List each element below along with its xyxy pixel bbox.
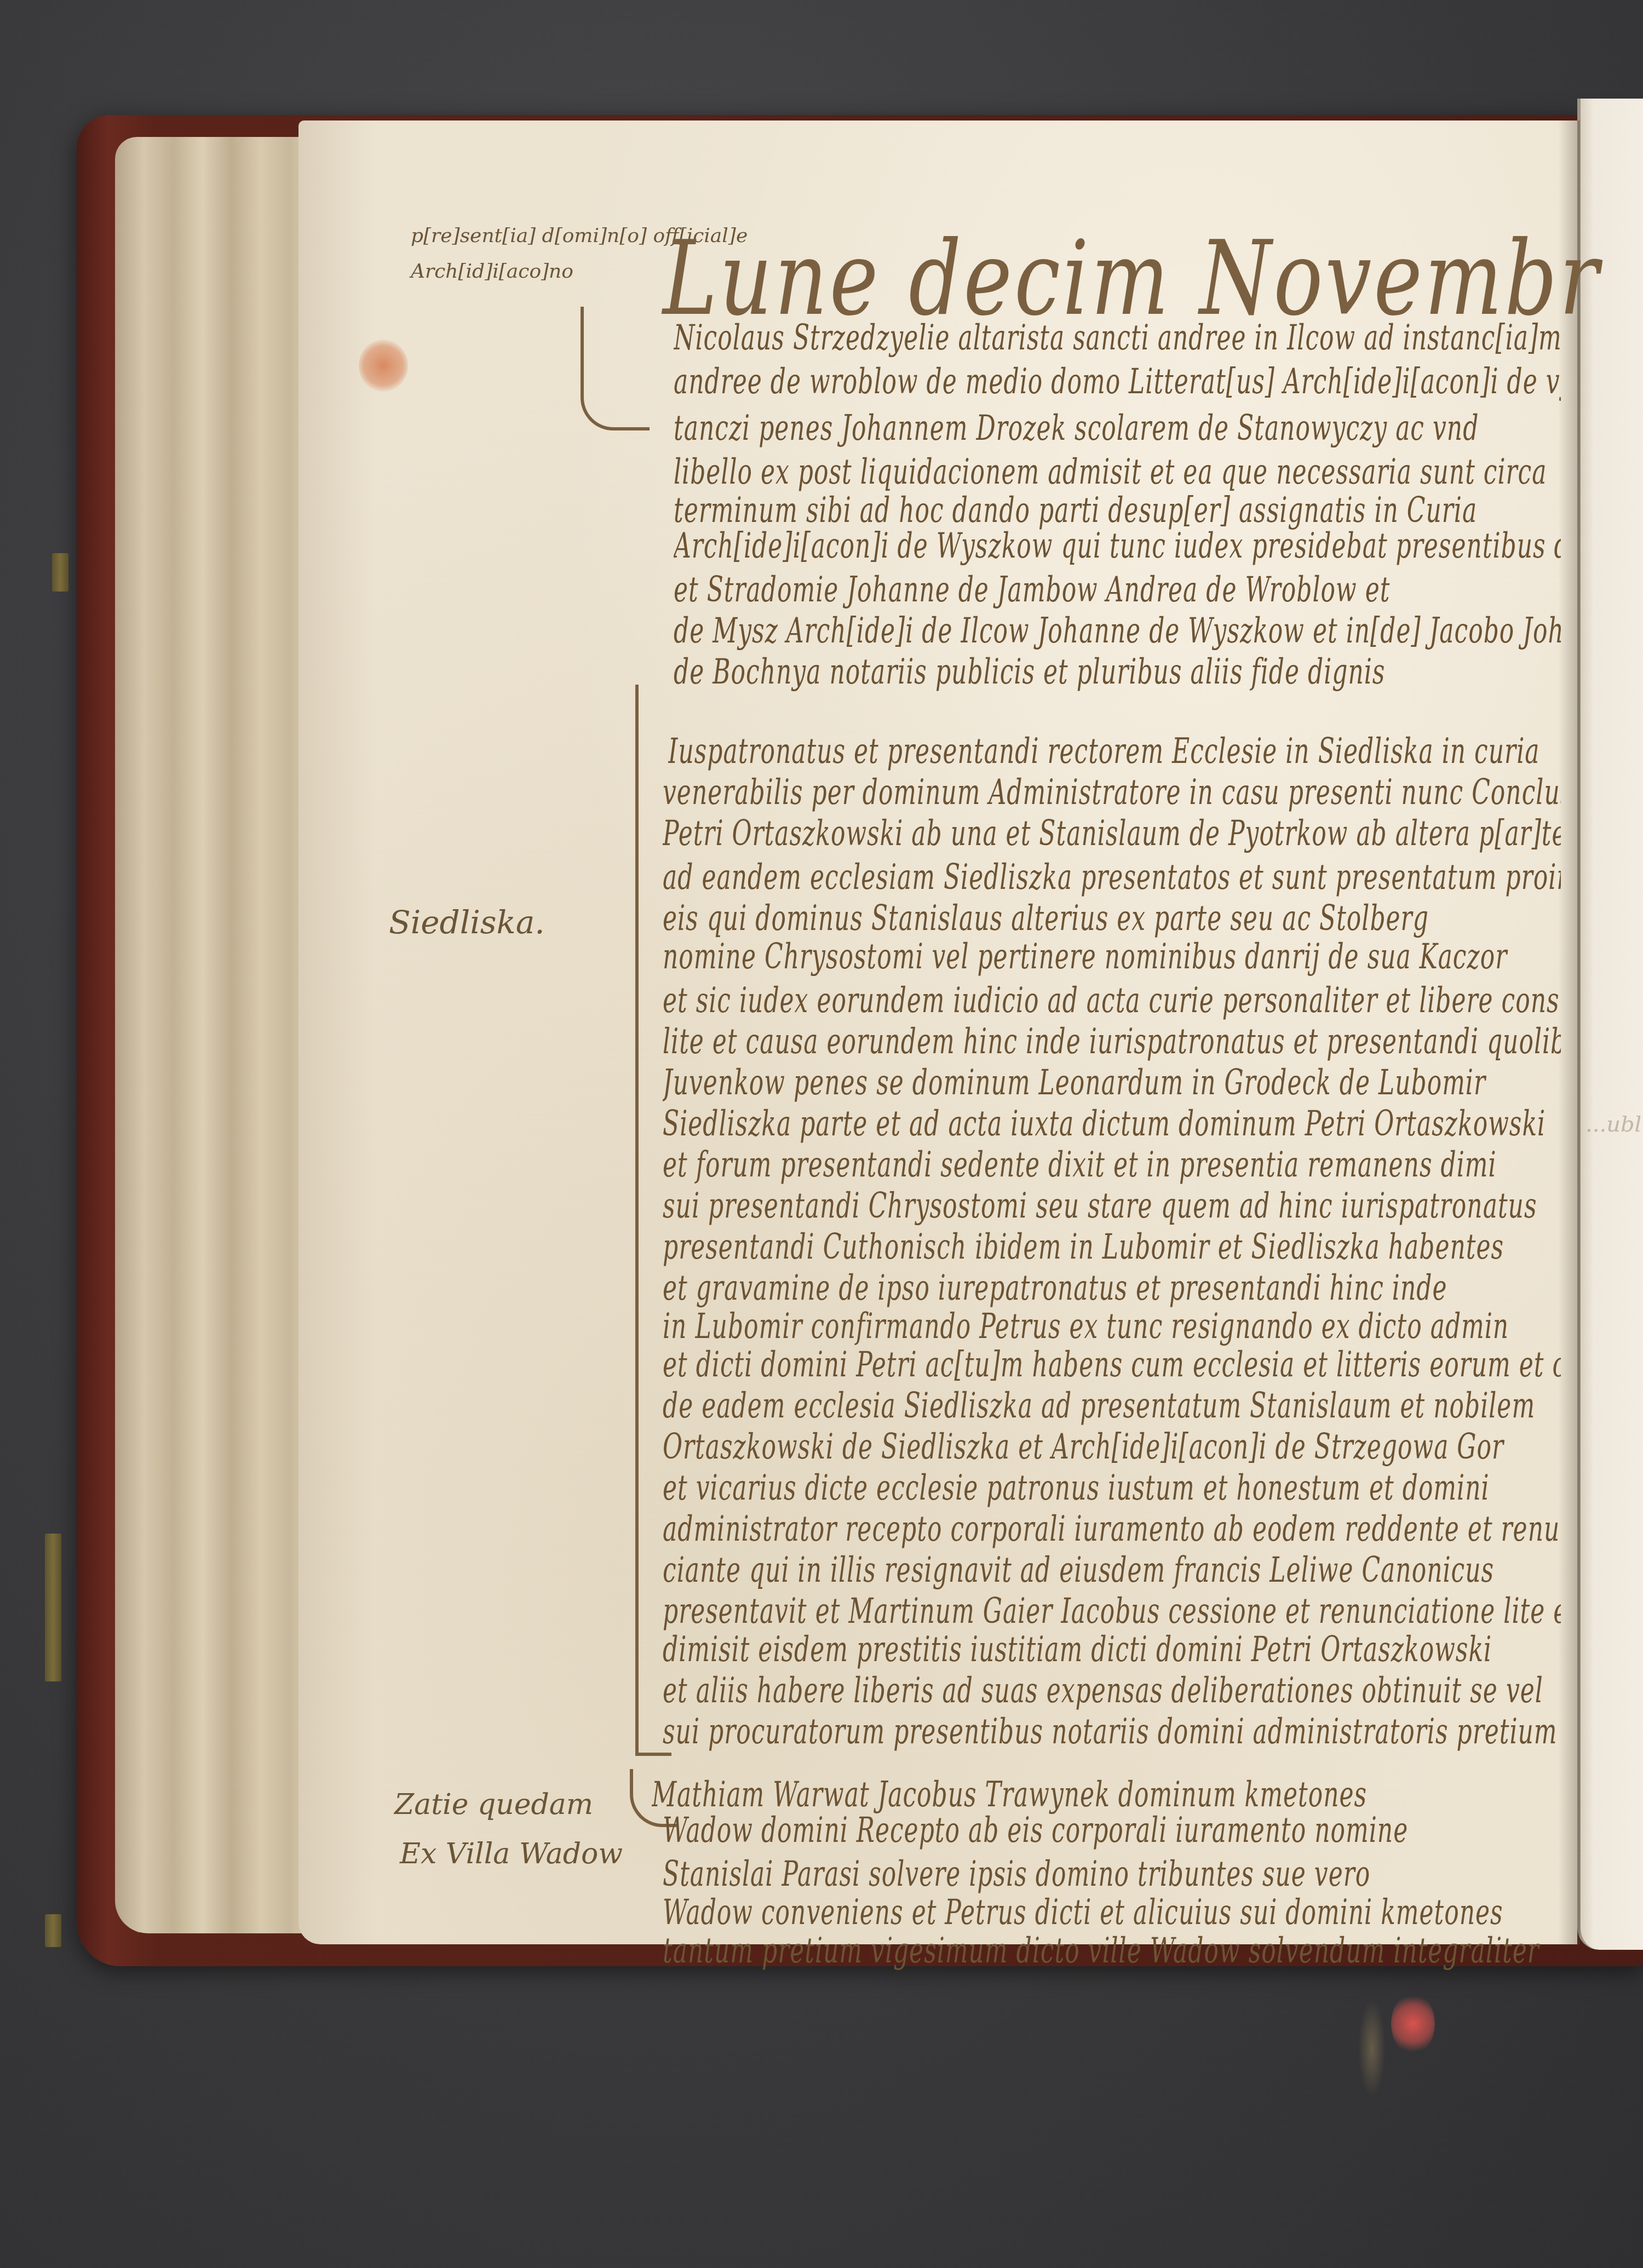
paragraph-mark-1: [581, 307, 650, 430]
brown-water-stain: [1358, 1999, 1386, 2098]
text-line: et dicti domini Petri ac[tu]m habens cum…: [663, 1345, 1561, 1385]
red-seal-stain: [1391, 1994, 1435, 2054]
text-line: et forum presentandi sedente dixit et in…: [663, 1145, 1561, 1185]
text-line: libello ex post liquidacionem admisit et…: [674, 452, 1561, 492]
top-margin-note-line-2: Arch[id]i[aco]no: [411, 260, 573, 283]
text-line: Petri Ortaszkowski ab una et Stanislaum …: [663, 813, 1561, 854]
text-line: tantum pretium vigesimum dicto ville Wad…: [663, 1931, 1561, 1971]
text-line: Arch[ide]i[acon]i de Wyszkow qui tunc iu…: [674, 526, 1561, 566]
text-line: in Lubomir confirmando Petrus ex tunc re…: [663, 1306, 1561, 1347]
text-line: de Mysz Arch[ide]i de Ilcow Johanne de W…: [674, 611, 1561, 651]
brass-clasp-lower: [45, 1534, 61, 1681]
text-line: de eadem ecclesia Siedliszka ad presenta…: [663, 1386, 1561, 1426]
text-line: presentandi Cuthonisch ibidem in Lubomir…: [663, 1227, 1561, 1267]
text-line: ciante qui in illis resignavit ad eiusde…: [663, 1550, 1561, 1591]
text-line: de Bochnya notariis publicis et pluribus…: [674, 652, 1561, 692]
text-line: Nicolaus Strzedzyelie altarista sancti a…: [674, 318, 1561, 358]
text-line: Wadow conveniens et Petrus dicti et alic…: [663, 1892, 1561, 1933]
brass-clasp-upper: [52, 553, 68, 592]
gutter-shadow: [1558, 120, 1580, 1944]
margin-note-zatie-line-2: Ex Villa Wadow: [400, 1838, 623, 1870]
text-line: lite et causa eorundem hinc inde iurispa…: [663, 1021, 1561, 1062]
text-line: eis qui dominus Stanislaus alterius ex p…: [663, 898, 1561, 939]
text-line: tanczi penes Johannem Drozek scolarem de…: [674, 408, 1561, 449]
text-line: nomine Chrysostomi vel pertinere nominib…: [663, 937, 1561, 977]
text-line: andree de wroblow de medio domo Litterat…: [674, 361, 1561, 402]
text-line: Iuspatronatus et presentandi rectorem Ec…: [668, 731, 1561, 772]
brass-clasp-bottom: [45, 1914, 61, 1947]
text-line: Ortaszkowski de Siedliszka et Arch[ide]i…: [663, 1427, 1561, 1467]
text-line: Juvenkow penes se dominum Leonardum in G…: [663, 1063, 1561, 1103]
text-line: presentavit et Martinum Gaier Iacobus ce…: [663, 1591, 1561, 1632]
text-line: dimisit eisdem prestitis iustitiam dicti…: [663, 1629, 1561, 1670]
facing-page: [1577, 99, 1643, 1950]
text-line: Siedliszka parte et ad acta iuxta dictum…: [663, 1104, 1561, 1144]
margin-note-zatie-line-1: Zatie quedam: [394, 1788, 593, 1821]
text-line: venerabilis per dominum Administratore i…: [663, 772, 1561, 813]
text-line: et vicarius dicte ecclesie patronus iust…: [663, 1468, 1561, 1508]
text-line: Wadow domini Recepto ab eis corporali iu…: [663, 1810, 1561, 1851]
text-line: administrator recepto corporali iurament…: [663, 1509, 1561, 1549]
text-line: et sic iudex eorundem iudicio ad acta cu…: [663, 980, 1561, 1021]
text-line: et aliis habere liberis ad suas expensas…: [663, 1670, 1561, 1711]
text-line: et gravamine de ipso iurepatronatus et p…: [663, 1268, 1561, 1308]
text-line: ad eandem ecclesiam Siedliszka presentat…: [663, 857, 1561, 898]
text-line: sui procuratorum presentibus notariis do…: [663, 1712, 1561, 1752]
text-line: Mathiam Warwat Jacobus Trawynek dominum …: [652, 1775, 1561, 1815]
red-wax-stain: [359, 340, 408, 392]
margin-note-siedliska: Siedliska.: [389, 904, 545, 941]
facing-page-margin-note: ...ublia: [1585, 1112, 1640, 1137]
text-line: terminum sibi ad hoc dando parti desup[e…: [674, 490, 1561, 531]
text-line: et Stradomie Johanne de Jambow Andrea de…: [674, 570, 1561, 610]
text-line: Stanislai Parasi solvere ipsis domino tr…: [663, 1854, 1561, 1894]
text-line: sui presentandi Chrysostomi seu stare qu…: [663, 1186, 1561, 1226]
